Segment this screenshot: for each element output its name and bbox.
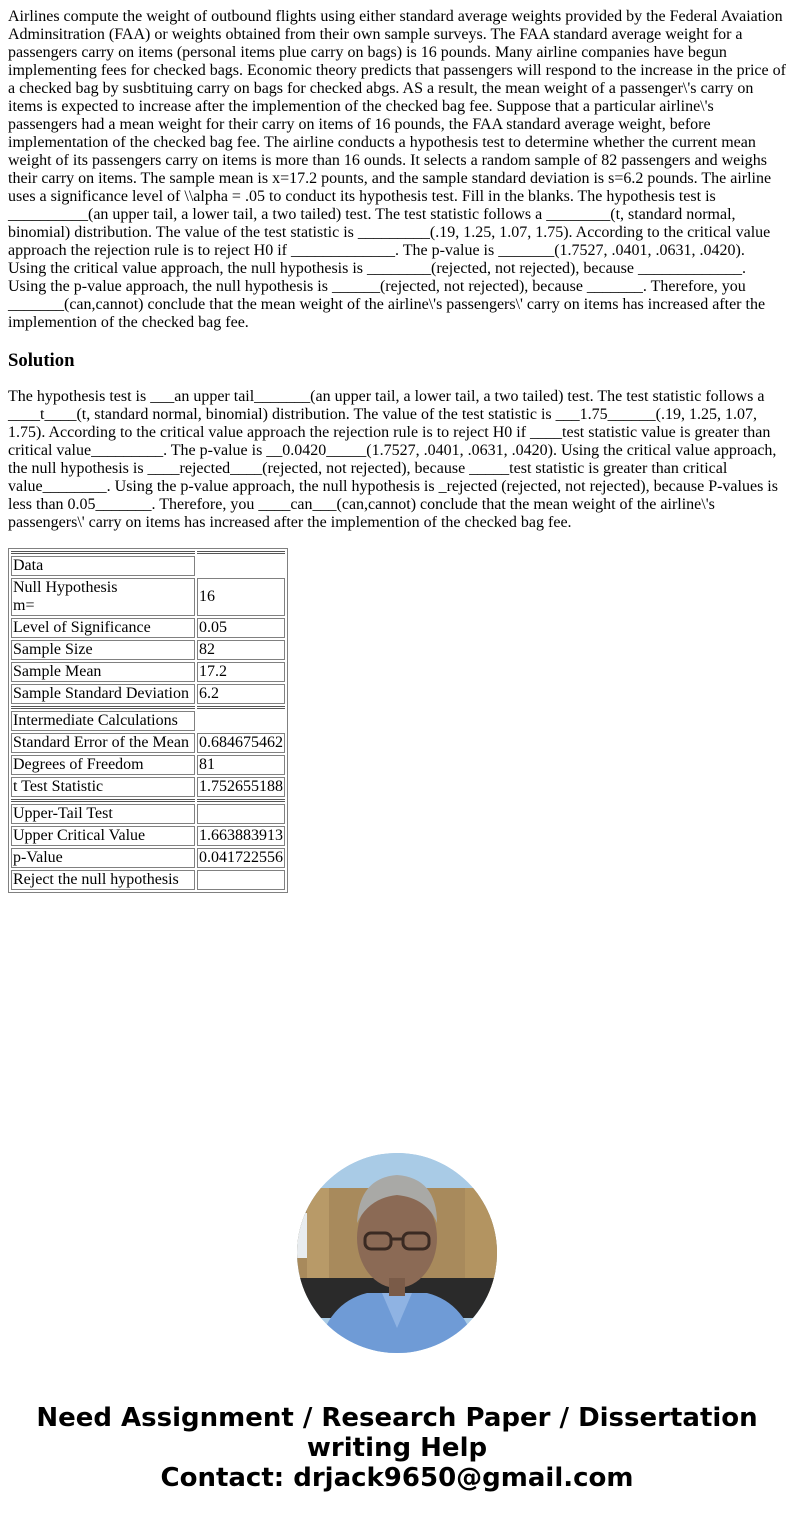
section-header-intermediate: Intermediate Calculations bbox=[11, 711, 195, 731]
row-value bbox=[197, 870, 285, 890]
table-separator bbox=[11, 799, 285, 802]
row-value: 1.752655188 bbox=[197, 777, 285, 797]
solution-heading: Solution bbox=[8, 350, 786, 372]
row-label: Sample Mean bbox=[11, 662, 195, 682]
table-row: Sample Mean 17.2 bbox=[11, 662, 285, 682]
row-label: Null Hypothesis m= bbox=[11, 578, 195, 616]
table-row: Reject the null hypothesis bbox=[11, 870, 285, 890]
row-value: 0.041722556 bbox=[197, 848, 285, 868]
table-separator bbox=[11, 706, 285, 709]
row-value: 17.2 bbox=[197, 662, 285, 682]
row-value: 1.663883913 bbox=[197, 826, 285, 846]
row-value: 82 bbox=[197, 640, 285, 660]
table-row: p-Value 0.041722556 bbox=[11, 848, 285, 868]
page-content: Airlines compute the weight of outbound … bbox=[0, 0, 794, 893]
hypothesis-test-table: Data Null Hypothesis m= 16 Level of Sign… bbox=[8, 548, 288, 893]
row-label: Sample Standard Deviation bbox=[11, 684, 195, 704]
table-row: t Test Statistic 1.752655188 bbox=[11, 777, 285, 797]
table-separator bbox=[11, 551, 285, 554]
section-header-upper-tail: Upper-Tail Test bbox=[11, 804, 195, 824]
row-label: Degrees of Freedom bbox=[11, 755, 195, 775]
table-row: Level of Significance 0.05 bbox=[11, 618, 285, 638]
row-label: Level of Significance bbox=[11, 618, 195, 638]
section-header-data: Data bbox=[11, 556, 195, 576]
table-row: Sample Standard Deviation 6.2 bbox=[11, 684, 285, 704]
table-row: Sample Size 82 bbox=[11, 640, 285, 660]
table-section-header: Intermediate Calculations bbox=[11, 711, 285, 731]
row-value: 6.2 bbox=[197, 684, 285, 704]
person-photo-icon bbox=[297, 1153, 497, 1353]
row-label: Standard Error of the Mean bbox=[11, 733, 195, 753]
row-label-line1: Null Hypothesis bbox=[13, 579, 117, 596]
row-value: 81 bbox=[197, 755, 285, 775]
table-row: Degrees of Freedom 81 bbox=[11, 755, 285, 775]
row-label: Upper Critical Value bbox=[11, 826, 195, 846]
person-photo-avatar bbox=[297, 1153, 497, 1353]
promo-banner: Need Assignment / Research Paper / Disse… bbox=[0, 1403, 794, 1493]
table-row: Null Hypothesis m= 16 bbox=[11, 578, 285, 616]
row-value: 0.684675462 bbox=[197, 733, 285, 753]
row-label: Sample Size bbox=[11, 640, 195, 660]
solution-text: The hypothesis test is ___an upper tail_… bbox=[8, 388, 786, 532]
table-section-header: Upper-Tail Test bbox=[11, 804, 285, 824]
promo-line-1: Need Assignment / Research Paper / Disse… bbox=[0, 1403, 794, 1433]
promo-contact-email: Contact: drjack9650@gmail.com bbox=[0, 1463, 794, 1493]
promo-line-2: writing Help bbox=[0, 1433, 794, 1463]
row-label: t Test Statistic bbox=[11, 777, 195, 797]
question-text: Airlines compute the weight of outbound … bbox=[8, 8, 786, 332]
table-row: Standard Error of the Mean 0.684675462 bbox=[11, 733, 285, 753]
row-value: 0.05 bbox=[197, 618, 285, 638]
row-label: p-Value bbox=[11, 848, 195, 868]
row-label-line2: m= bbox=[13, 597, 34, 614]
row-value: 16 bbox=[197, 578, 285, 616]
table-section-header: Data bbox=[11, 556, 285, 576]
row-label: Reject the null hypothesis bbox=[11, 870, 195, 890]
table-row: Upper Critical Value 1.663883913 bbox=[11, 826, 285, 846]
